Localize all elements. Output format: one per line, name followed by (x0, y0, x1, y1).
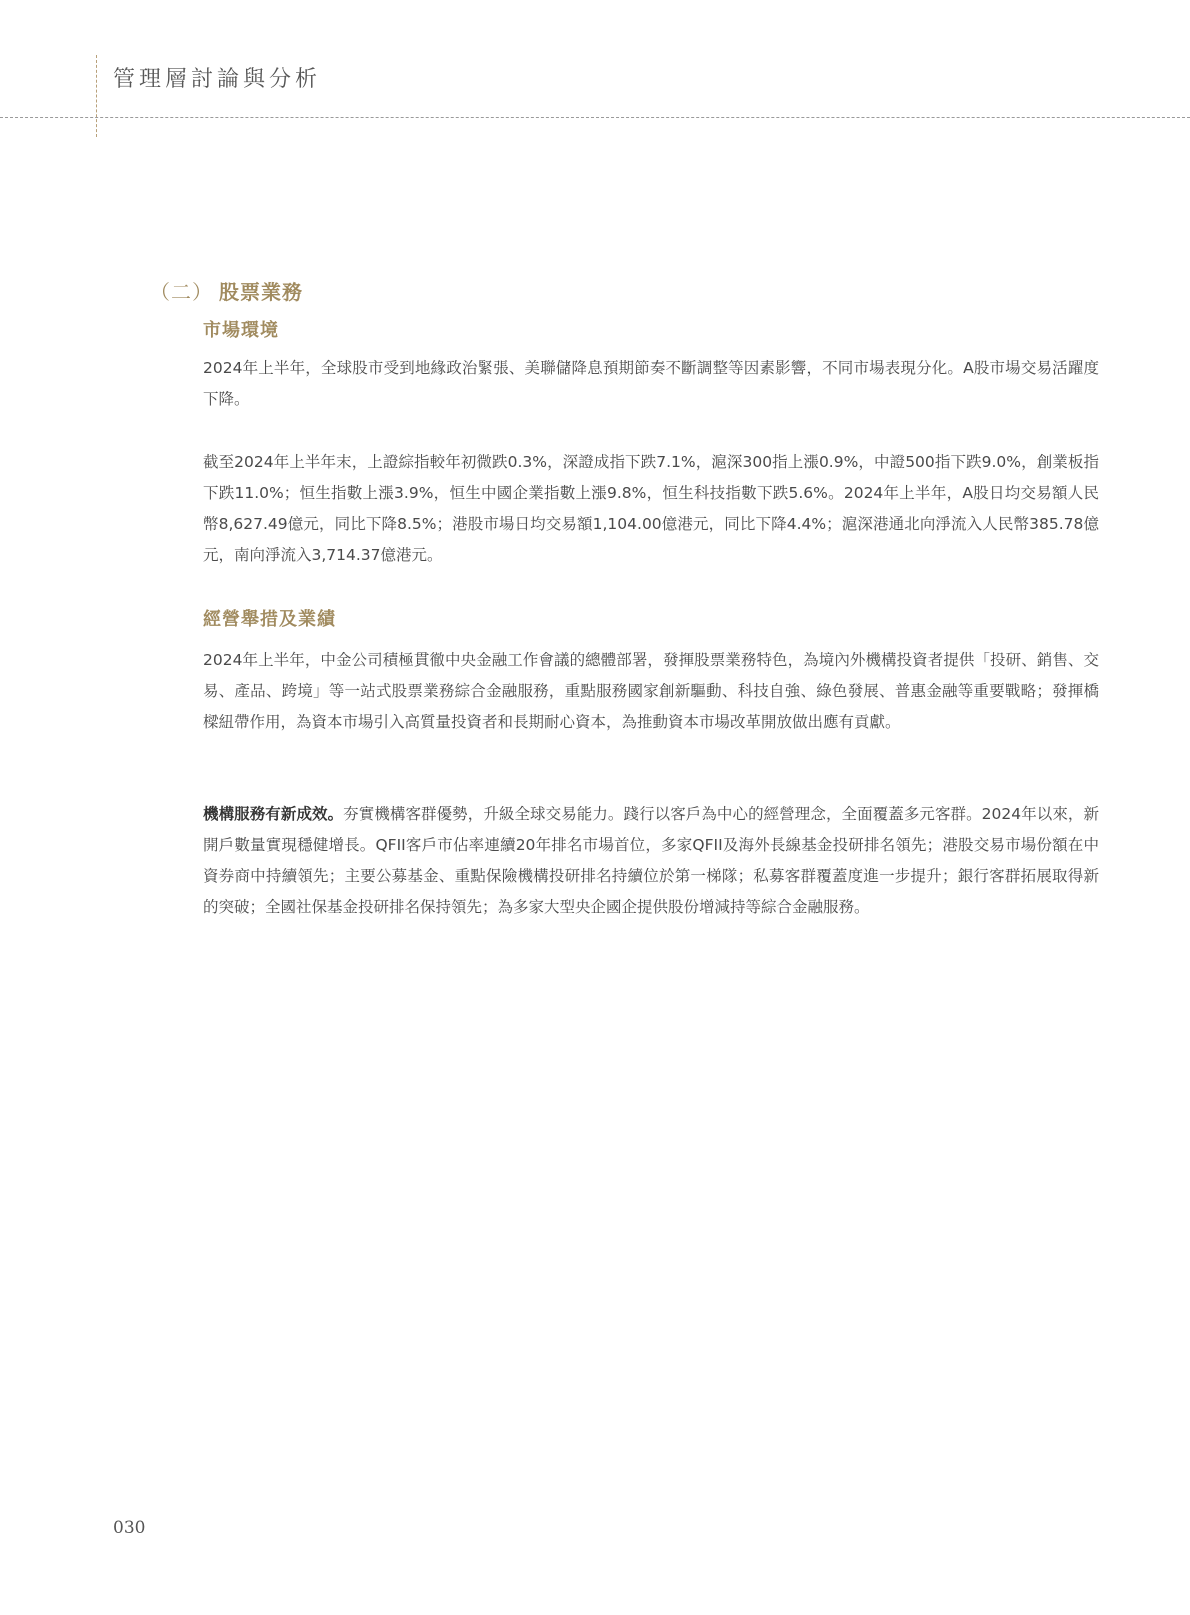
highlight-lead: 機構服務有新成效。 (203, 805, 343, 823)
section-title-text: 股票業務 (219, 280, 303, 304)
paragraph-market-indices: 截至2024年上半年末，上證綜指較年初微跌0.3%，深證成指下跌7.1%，滬深3… (203, 447, 1099, 571)
paragraph-market-overview: 2024年上半年，全球股市受到地緣政治緊張、美聯儲降息預期節奏不斷調整等因素影響… (203, 353, 1099, 415)
subheading-market-environment: 市場環境 (203, 316, 279, 342)
page-number: 030 (113, 1518, 145, 1538)
paragraph-operations-overview: 2024年上半年，中金公司積極貫徹中央金融工作會議的總體部署，發揮股票業務特色，… (203, 645, 1099, 738)
subheading-operations-results: 經營舉措及業績 (203, 605, 336, 631)
header-vertical-divider (96, 55, 97, 137)
section-title: （二）股票業務 (150, 276, 303, 305)
section-number: （二） (150, 280, 213, 304)
paragraph-institutional-services: 機構服務有新成效。夯實機構客群優勢，升級全球交易能力。踐行以客戶為中心的經營理念… (203, 799, 1099, 923)
header-horizontal-divider (0, 117, 1190, 118)
page-header-title: 管理層討論與分析 (113, 62, 321, 93)
